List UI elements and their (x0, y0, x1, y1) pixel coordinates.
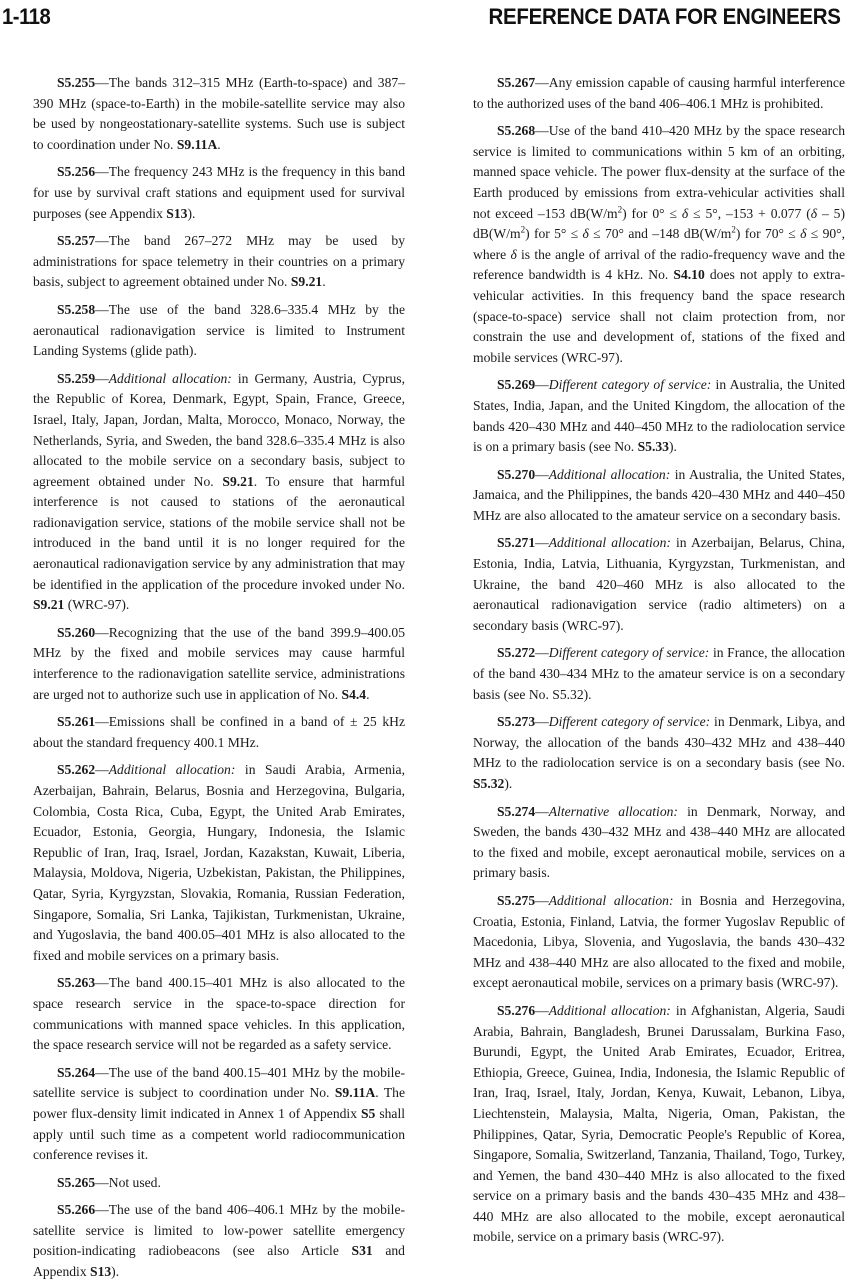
paragraph-text: — (535, 377, 549, 392)
footnote-number: S5.276 (497, 1003, 535, 1018)
footnote-paragraph: S5.266—The use of the band 406–406.1 MHz… (33, 1200, 405, 1282)
footnote-paragraph: S5.257—The band 267–272 MHz may be used … (33, 231, 405, 293)
cross-reference: S4.10 (673, 267, 704, 282)
paragraph-text: ) for 5° ≤ (525, 226, 582, 241)
footnote-number: S5.264 (57, 1065, 95, 1080)
paragraph-text: . (217, 137, 220, 152)
footnote-number: S5.274 (497, 804, 535, 819)
footnote-number: S5.275 (497, 893, 535, 908)
cross-reference: S9.21 (291, 274, 322, 289)
allocation-type: Different category of service: (549, 645, 710, 660)
paragraph-text: ≤ 5°, –153 + 0.077 ( (688, 206, 811, 221)
footnote-number: S5.268 (497, 123, 535, 138)
paragraph-text: — (535, 1003, 549, 1018)
allocation-type: Additional allocation: (109, 371, 232, 386)
footnote-number: S5.272 (497, 645, 535, 660)
footnote-paragraph: S5.267—Any emission capable of causing h… (473, 73, 845, 114)
paragraph-text: (WRC-97). (64, 597, 129, 612)
footnote-paragraph: S5.262—Additional allocation: in Saudi A… (33, 760, 405, 966)
paragraph-text: — (535, 714, 549, 729)
paragraph-text: in Afghanistan, Algeria, Saudi Arabia, B… (473, 1003, 845, 1245)
allocation-type: Different category of service: (549, 714, 710, 729)
footnote-paragraph: S5.260—Recognizing that the use of the b… (33, 623, 405, 705)
paragraph-text: ). (669, 439, 677, 454)
footnote-paragraph: S5.275—Additional allocation: in Bosnia … (473, 891, 845, 994)
allocation-type: Additional allocation: (549, 535, 671, 550)
cross-reference: S5.32 (473, 776, 504, 791)
footnote-paragraph: S5.272—Different category of service: in… (473, 643, 845, 705)
paragraph-text: —Not used. (95, 1175, 161, 1190)
footnote-number: S5.257 (57, 233, 95, 248)
cross-reference: S5 (361, 1106, 375, 1121)
cross-reference: S9.11A (335, 1085, 375, 1100)
paragraph-text: — (95, 371, 109, 386)
footnote-number: S5.270 (497, 467, 535, 482)
footnote-paragraph: S5.264—The use of the band 400.15–401 MH… (33, 1063, 405, 1166)
footnote-paragraph: S5.269—Different category of service: in… (473, 375, 845, 457)
paragraph-text: ). (111, 1264, 119, 1279)
running-title: REFERENCE DATA FOR ENGINEERS (489, 4, 841, 30)
footnote-number: S5.261 (57, 714, 95, 729)
paragraph-text: ≤ 70° and –148 dB(W/m (589, 226, 732, 241)
footnote-number: S5.255 (57, 75, 95, 90)
footnote-paragraph: S5.268—Use of the band 410–420 MHz by th… (473, 121, 845, 368)
footnote-paragraph: S5.258—The use of the band 328.6–335.4 M… (33, 300, 405, 362)
footnote-number: S5.262 (57, 762, 95, 777)
cross-reference: S4.4 (342, 687, 367, 702)
footnote-number: S5.258 (57, 302, 95, 317)
footnote-paragraph: S5.259—Additional allocation: in Germany… (33, 369, 405, 616)
footnote-number: S5.260 (57, 625, 95, 640)
allocation-type: Additional allocation: (109, 762, 236, 777)
paragraph-text: — (535, 804, 549, 819)
paragraph-text: . (366, 687, 369, 702)
paragraph-text: . (322, 274, 325, 289)
right-column: S5.267—Any emission capable of causing h… (473, 73, 845, 1255)
cross-reference: S9.11A (177, 137, 217, 152)
footnote-paragraph: S5.271—Additional allocation: in Azerbai… (473, 533, 845, 636)
footnote-paragraph: S5.263—The band 400.15–401 MHz is also a… (33, 973, 405, 1055)
footnote-paragraph: S5.274—Alternative allocation: in Denmar… (473, 802, 845, 884)
paragraph-text: ) for 70° ≤ (736, 226, 800, 241)
allocation-type: Additional allocation: (549, 1003, 671, 1018)
footnote-paragraph: S5.270—Additional allocation: in Austral… (473, 465, 845, 527)
cross-reference: S9.21 (33, 597, 64, 612)
allocation-type: Additional allocation: (549, 467, 671, 482)
page-header: 1-118 REFERENCE DATA FOR ENGINEERS (0, 0, 847, 34)
footnote-number: S5.269 (497, 377, 535, 392)
allocation-type: Additional allocation: (549, 893, 674, 908)
paragraph-text: in Saudi Arabia, Armenia, Azerbaijan, Ba… (33, 762, 405, 962)
cross-reference: S9.21 (222, 474, 253, 489)
cross-reference: S31 (352, 1243, 373, 1258)
footnote-number: S5.271 (497, 535, 535, 550)
footnote-paragraph: S5.276—Additional allocation: in Afghani… (473, 1001, 845, 1248)
footnote-paragraph: S5.256—The frequency 243 MHz is the freq… (33, 162, 405, 224)
footnote-paragraph: S5.255—The bands 312–315 MHz (Earth-to-s… (33, 73, 405, 155)
paragraph-text: — (535, 535, 549, 550)
allocation-type: Different category of service: (549, 377, 712, 392)
footnote-number: S5.256 (57, 164, 95, 179)
cross-reference: S13 (166, 206, 187, 221)
paragraph-text: ). (187, 206, 195, 221)
paragraph-text: — (535, 893, 549, 908)
paragraph-text: . To ensure that harmful interference is… (33, 474, 405, 592)
cross-reference: S5.33 (638, 439, 669, 454)
footnote-paragraph: S5.265—Not used. (33, 1173, 405, 1194)
cross-reference: S13 (90, 1264, 111, 1279)
footnote-number: S5.259 (57, 371, 95, 386)
paragraph-text: ) for 0° ≤ (622, 206, 682, 221)
page-number: 1-118 (2, 4, 50, 30)
footnote-number: S5.266 (57, 1202, 95, 1217)
footnote-paragraph: S5.273—Different category of service: in… (473, 712, 845, 794)
paragraph-text: — (535, 467, 549, 482)
paragraph-text: — (535, 645, 549, 660)
left-column: S5.255—The bands 312–315 MHz (Earth-to-s… (33, 73, 405, 1283)
footnote-paragraph: S5.261—Emissions shall be confined in a … (33, 712, 405, 753)
paragraph-text: in Germany, Austria, Cyprus, the Republi… (33, 371, 405, 489)
footnote-number: S5.273 (497, 714, 535, 729)
footnote-number: S5.263 (57, 975, 95, 990)
footnote-number: S5.265 (57, 1175, 95, 1190)
paragraph-text: ). (504, 776, 512, 791)
footnote-number: S5.267 (497, 75, 535, 90)
paragraph-text: — (95, 762, 109, 777)
allocation-type: Alternative allocation: (549, 804, 678, 819)
